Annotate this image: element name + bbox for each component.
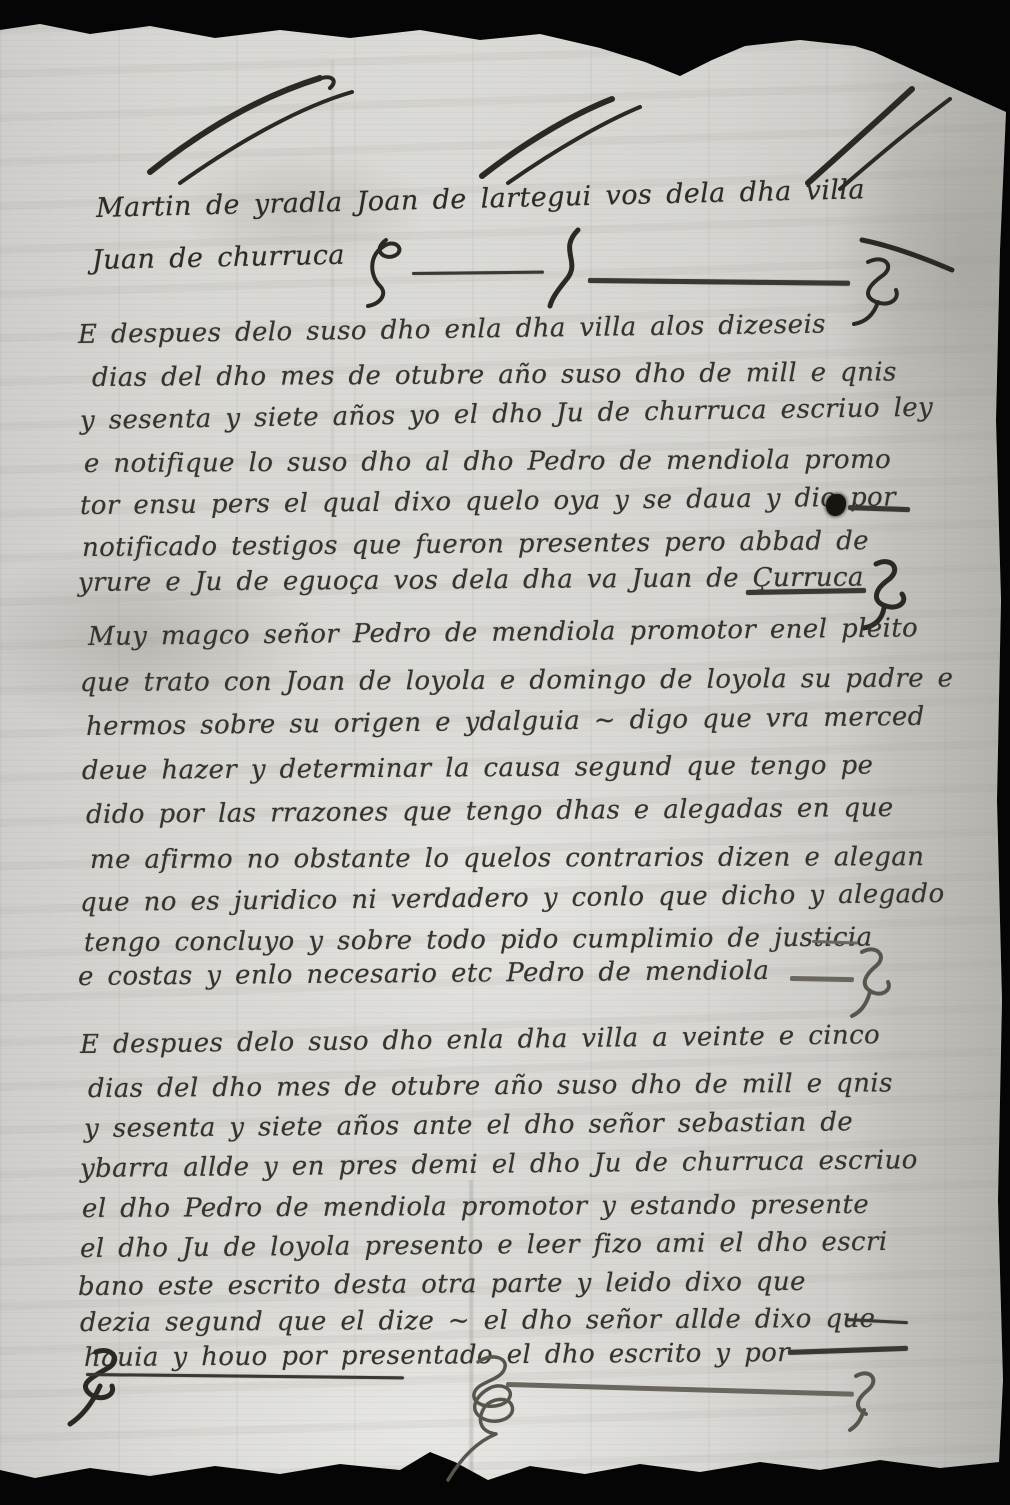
manuscript-line: Juan de churruca xyxy=(92,239,346,278)
manuscript-line: dido por las rrazones que tengo dhas e a… xyxy=(86,791,894,832)
manuscript-line: deue hazer y determinar la causa segund … xyxy=(82,748,874,788)
manuscript-line: me afirmo no obstante lo quelos contrari… xyxy=(90,840,924,877)
notary-rubric xyxy=(432,1350,542,1460)
rubric-flourish xyxy=(548,228,588,308)
manuscript-line: notificado testigos que fueron presentes… xyxy=(82,524,869,565)
manuscript-line: dias del dho mes de otubre año suso dho … xyxy=(92,355,897,395)
manuscript-line: el dho Pedro de mendiola promotor y esta… xyxy=(82,1188,869,1226)
manuscript-line: que trato con Joan de loyola e domingo d… xyxy=(80,661,954,700)
rubric-flourish xyxy=(66,1348,126,1428)
manuscript-line: bano este escrito desta otra parte y lei… xyxy=(78,1265,806,1304)
manuscript-line: y sesenta y siete años ante el dho señor… xyxy=(84,1105,853,1146)
manuscript-line: e notifique lo suso dho al dho Pedro de … xyxy=(84,443,891,481)
manuscript-scan: Martin de yradla Joan de lartegui vos de… xyxy=(0,0,1010,1505)
rubric-flourish xyxy=(846,948,896,1018)
manuscript-line: dias del dho mes de otubre año suso dho … xyxy=(88,1066,893,1106)
manuscript-line: dezia segund que el dize ~ el dho señor … xyxy=(80,1302,876,1340)
manuscript-line: e costas y enlo necesario etc Pedro de m… xyxy=(78,954,770,994)
rubric-flourish xyxy=(842,1372,892,1432)
rubric-flourish xyxy=(850,258,910,328)
manuscript-line: el dho Ju de loyola presento e leer fizo… xyxy=(80,1225,888,1266)
rubric-flourish xyxy=(352,238,412,308)
